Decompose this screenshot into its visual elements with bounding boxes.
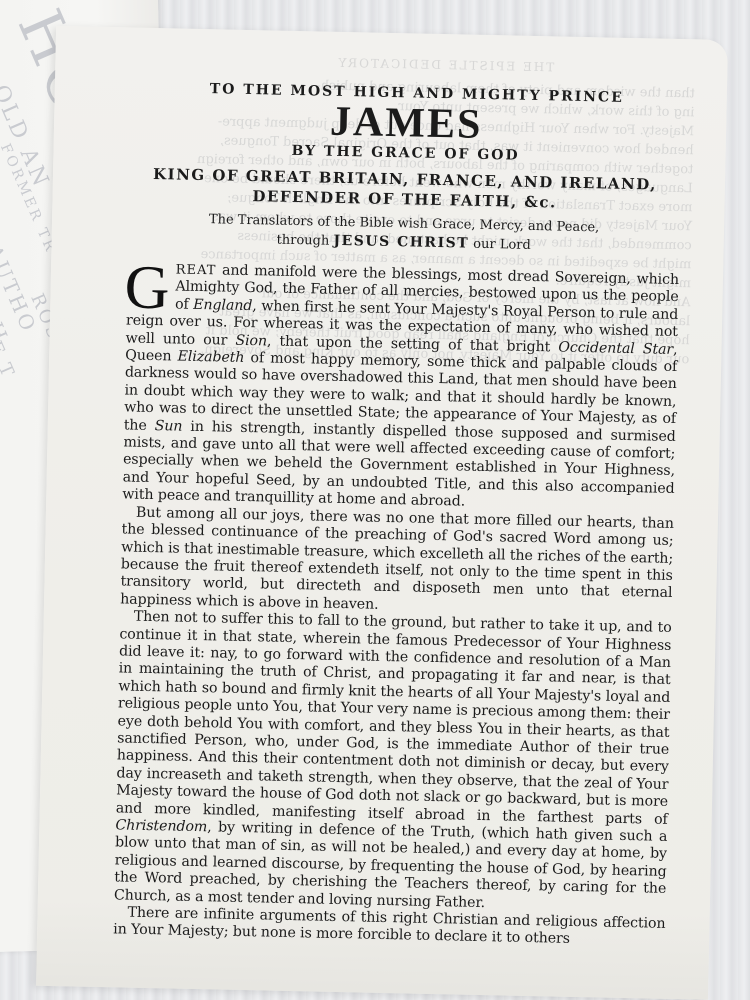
paragraph-1: GREAT and manifold were the blessings, m… <box>122 260 679 515</box>
dedication-body: GREAT and manifold were the blessings, m… <box>113 260 679 950</box>
epistle-dedicatory-page: THE EPISTLE DEDICATORY than the wisdom a… <box>36 26 728 1000</box>
italic-word: Sun <box>155 418 183 435</box>
italic-word: Sion <box>235 332 267 349</box>
jesus-christ-caps: JESUS CHRIST <box>333 233 469 252</box>
italic-word: Elizabeth <box>177 349 244 366</box>
paragraph-4: There are infinite arguments of this rig… <box>113 904 666 950</box>
drop-cap: G <box>124 262 170 313</box>
paragraph-3: Then not to suffer this to fall to the g… <box>114 609 672 916</box>
translators-greeting: The Translators of the Bible wish Grace,… <box>128 209 681 258</box>
paragraph-2: But among all our joys, there was no one… <box>120 504 674 620</box>
italic-word: Christendom <box>115 817 207 835</box>
italic-word: Occidental Star <box>558 339 673 357</box>
page-content: TO THE MOST HIGH AND MIGHTY PRINCE JAMES… <box>113 80 683 951</box>
italic-word: England <box>193 297 252 314</box>
titles-block: KING OF GREAT BRITAIN, FRANCE, AND IRELA… <box>128 163 681 215</box>
lead-caps: REAT <box>176 262 217 278</box>
